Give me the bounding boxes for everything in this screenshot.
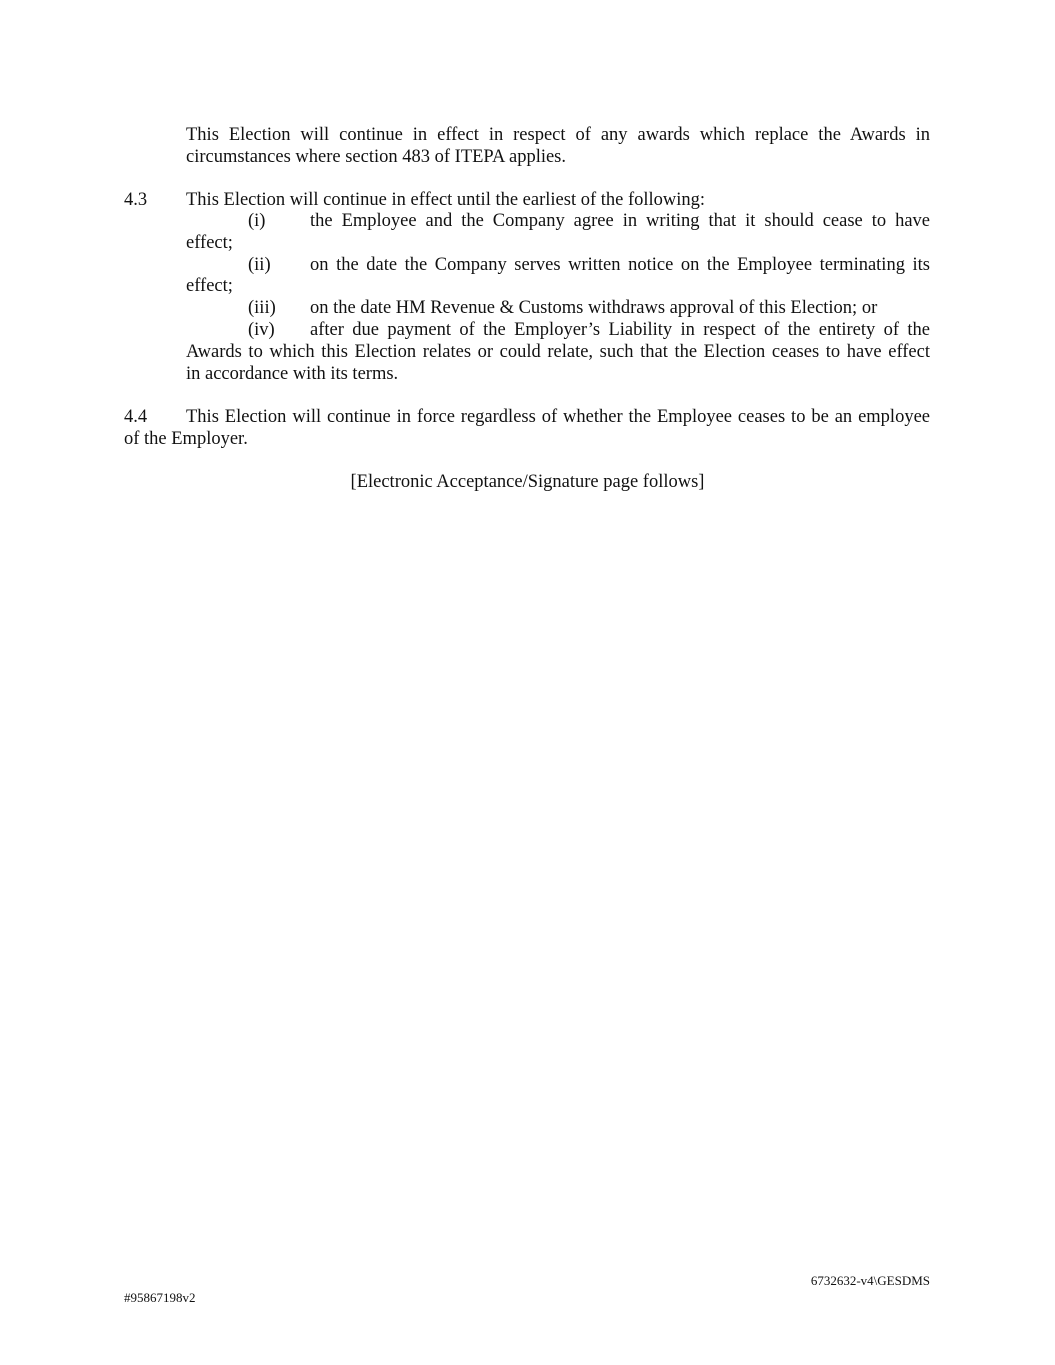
list-item-text: Awards to which this Election relates or…	[186, 342, 930, 364]
list-item-text: the Employee and the Company agree in wr…	[310, 211, 930, 233]
signature-note: [Electronic Acceptance/Signature page fo…	[0, 472, 1055, 494]
clause-text: This Election will continue in force reg…	[186, 407, 930, 429]
clause-intro: This Election will continue in effect un…	[186, 190, 705, 212]
clause-text: of the Employer.	[124, 429, 248, 451]
paragraph-line: This Election will continue in effect in…	[186, 125, 930, 147]
list-item-text: effect;	[186, 276, 233, 298]
list-marker: (i)	[248, 211, 265, 233]
clause-number: 4.3	[124, 190, 147, 212]
list-item-text: after due payment of the Employer’s Liab…	[310, 320, 930, 342]
footer-version-reference: #95867198v2	[124, 1290, 196, 1305]
list-item-text: in accordance with its terms.	[186, 364, 398, 386]
list-marker: (iii)	[248, 298, 276, 320]
paragraph-line: circumstances where section 483 of ITEPA…	[186, 147, 566, 169]
list-marker: (iv)	[248, 320, 275, 342]
list-item-text: on the date HM Revenue & Customs withdra…	[310, 298, 877, 320]
list-marker: (ii)	[248, 255, 271, 277]
clause-number: 4.4	[124, 407, 147, 429]
footer-document-reference: 6732632-v4\GESDMS	[811, 1273, 930, 1288]
list-item-text: on the date the Company serves written n…	[310, 255, 930, 277]
list-item-text: effect;	[186, 233, 233, 255]
